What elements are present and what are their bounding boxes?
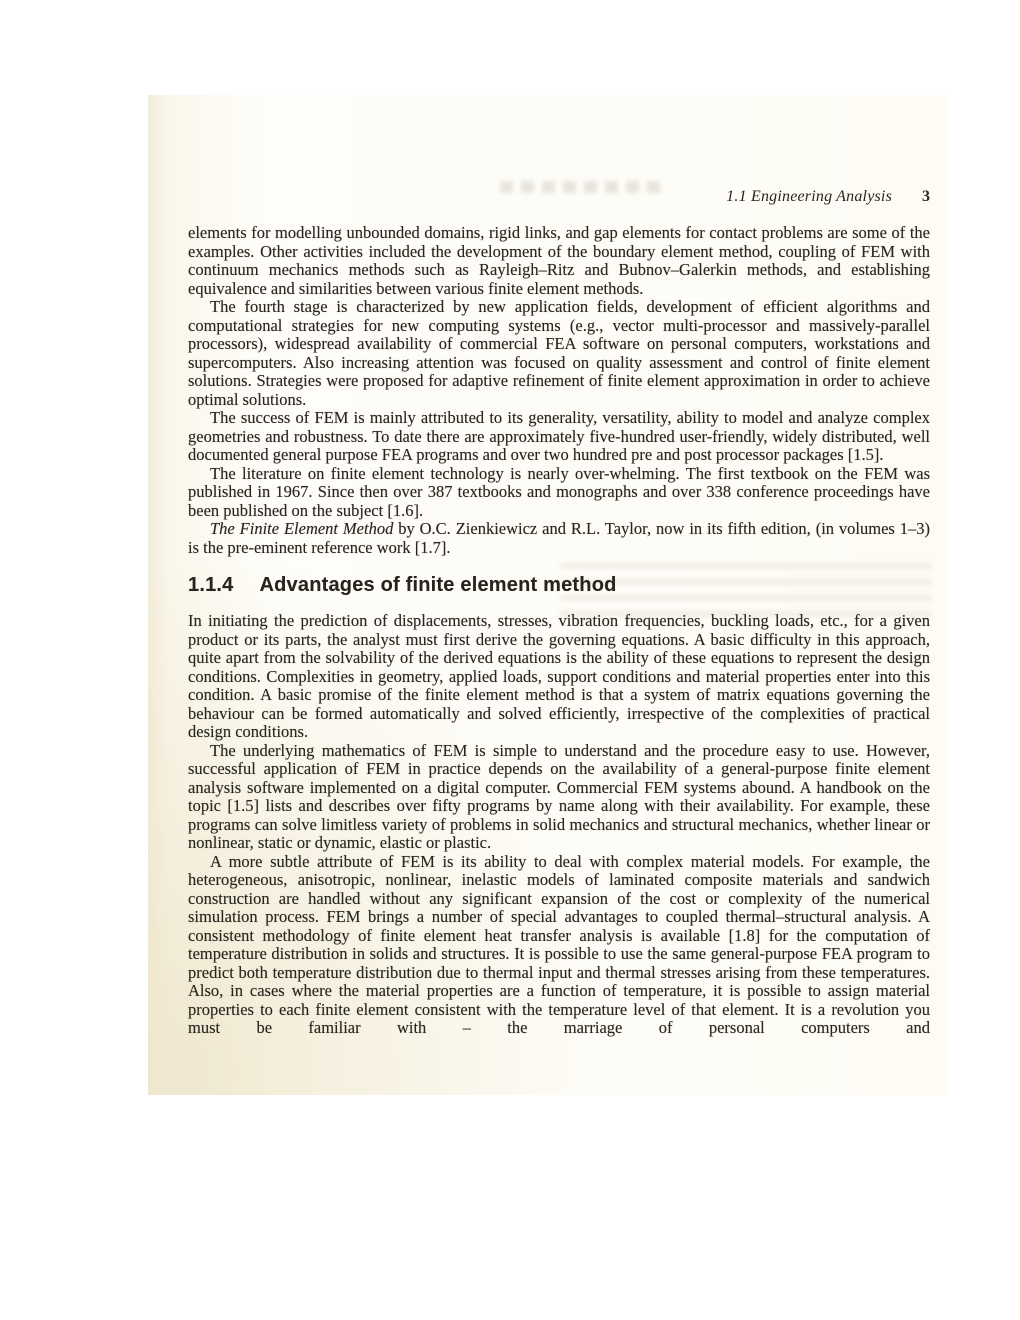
section-title: Advantages of finite element method bbox=[259, 574, 616, 596]
paragraph: In initiating the prediction of displace… bbox=[188, 612, 930, 742]
running-header-title: 1.1 Engineering Analysis bbox=[726, 188, 892, 205]
body-text-bottom: In initiating the prediction of displace… bbox=[188, 612, 930, 1038]
paragraph: The literature on finite element technol… bbox=[188, 465, 930, 521]
paragraph: The Finite Element Method by O.C. Zienki… bbox=[188, 520, 930, 557]
italic-book-title: The Finite Element Method bbox=[210, 519, 393, 538]
scanned-book-page: 1.1 Engineering Analysis3 elements for m… bbox=[0, 0, 1020, 1320]
section-number: 1.1.4 bbox=[188, 574, 233, 596]
page-number: 3 bbox=[922, 188, 930, 205]
paragraph: The success of FEM is mainly attributed … bbox=[188, 409, 930, 465]
running-header: 1.1 Engineering Analysis3 bbox=[188, 187, 930, 206]
page-scan-area: 1.1 Engineering Analysis3 elements for m… bbox=[148, 95, 948, 1095]
body-text-top: elements for modelling unbounded domains… bbox=[188, 224, 930, 557]
paragraph: A more subtle attribute of FEM is its ab… bbox=[188, 853, 930, 1038]
paragraph: The fourth stage is characterized by new… bbox=[188, 298, 930, 409]
paragraph: The underlying mathematics of FEM is sim… bbox=[188, 742, 930, 853]
text-column: 1.1 Engineering Analysis3 elements for m… bbox=[188, 95, 930, 1038]
paragraph: elements for modelling unbounded domains… bbox=[188, 224, 930, 298]
section-heading: 1.1.4Advantages of finite element method bbox=[188, 573, 930, 597]
